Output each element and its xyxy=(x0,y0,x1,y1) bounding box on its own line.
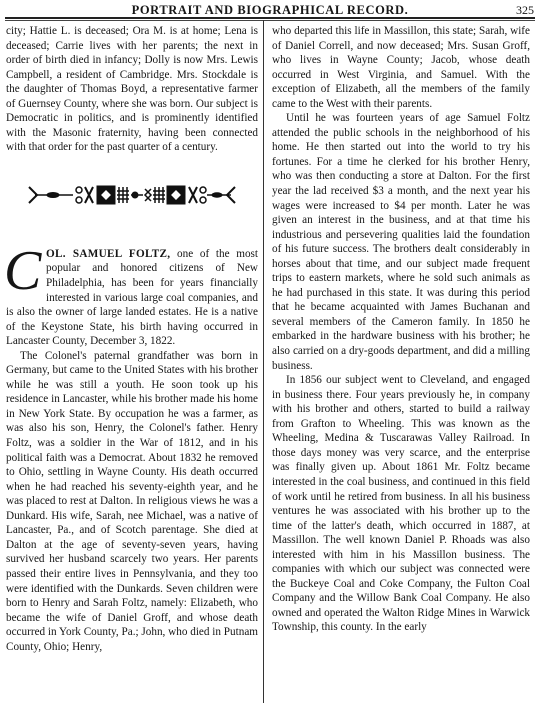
drop-cap: C xyxy=(4,247,44,293)
continued-paragraph: who departed this life in Massillon, thi… xyxy=(272,24,530,111)
page-number: 325 xyxy=(516,3,534,18)
header-rule xyxy=(5,17,535,19)
header-rule-thin xyxy=(5,20,535,21)
column-divider xyxy=(263,20,264,703)
cleveland-paragraph: In 1856 our subject went to Cleveland, a… xyxy=(272,373,530,635)
biography-intro: COL. SAMUEL FOLTZ, one of the most popul… xyxy=(6,247,258,349)
grandfather-paragraph: The Colonel's paternal grandfather was b… xyxy=(6,349,258,654)
left-column: city; Hattie L. is deceased; Ora M. is a… xyxy=(6,24,258,654)
ornament-divider-icon xyxy=(27,183,237,207)
right-column: who departed this life in Massillon, thi… xyxy=(272,24,530,635)
page-header: PORTRAIT AND BIOGRAPHICAL RECORD. 325 xyxy=(0,0,540,22)
subject-name: OL. SAMUEL FOLTZ, xyxy=(46,248,170,260)
running-title: PORTRAIT AND BIOGRAPHICAL RECORD. xyxy=(0,3,540,18)
continued-paragraph: city; Hattie L. is deceased; Ora M. is a… xyxy=(6,24,258,155)
youth-paragraph: Until he was fourteen years of age Samue… xyxy=(272,111,530,373)
